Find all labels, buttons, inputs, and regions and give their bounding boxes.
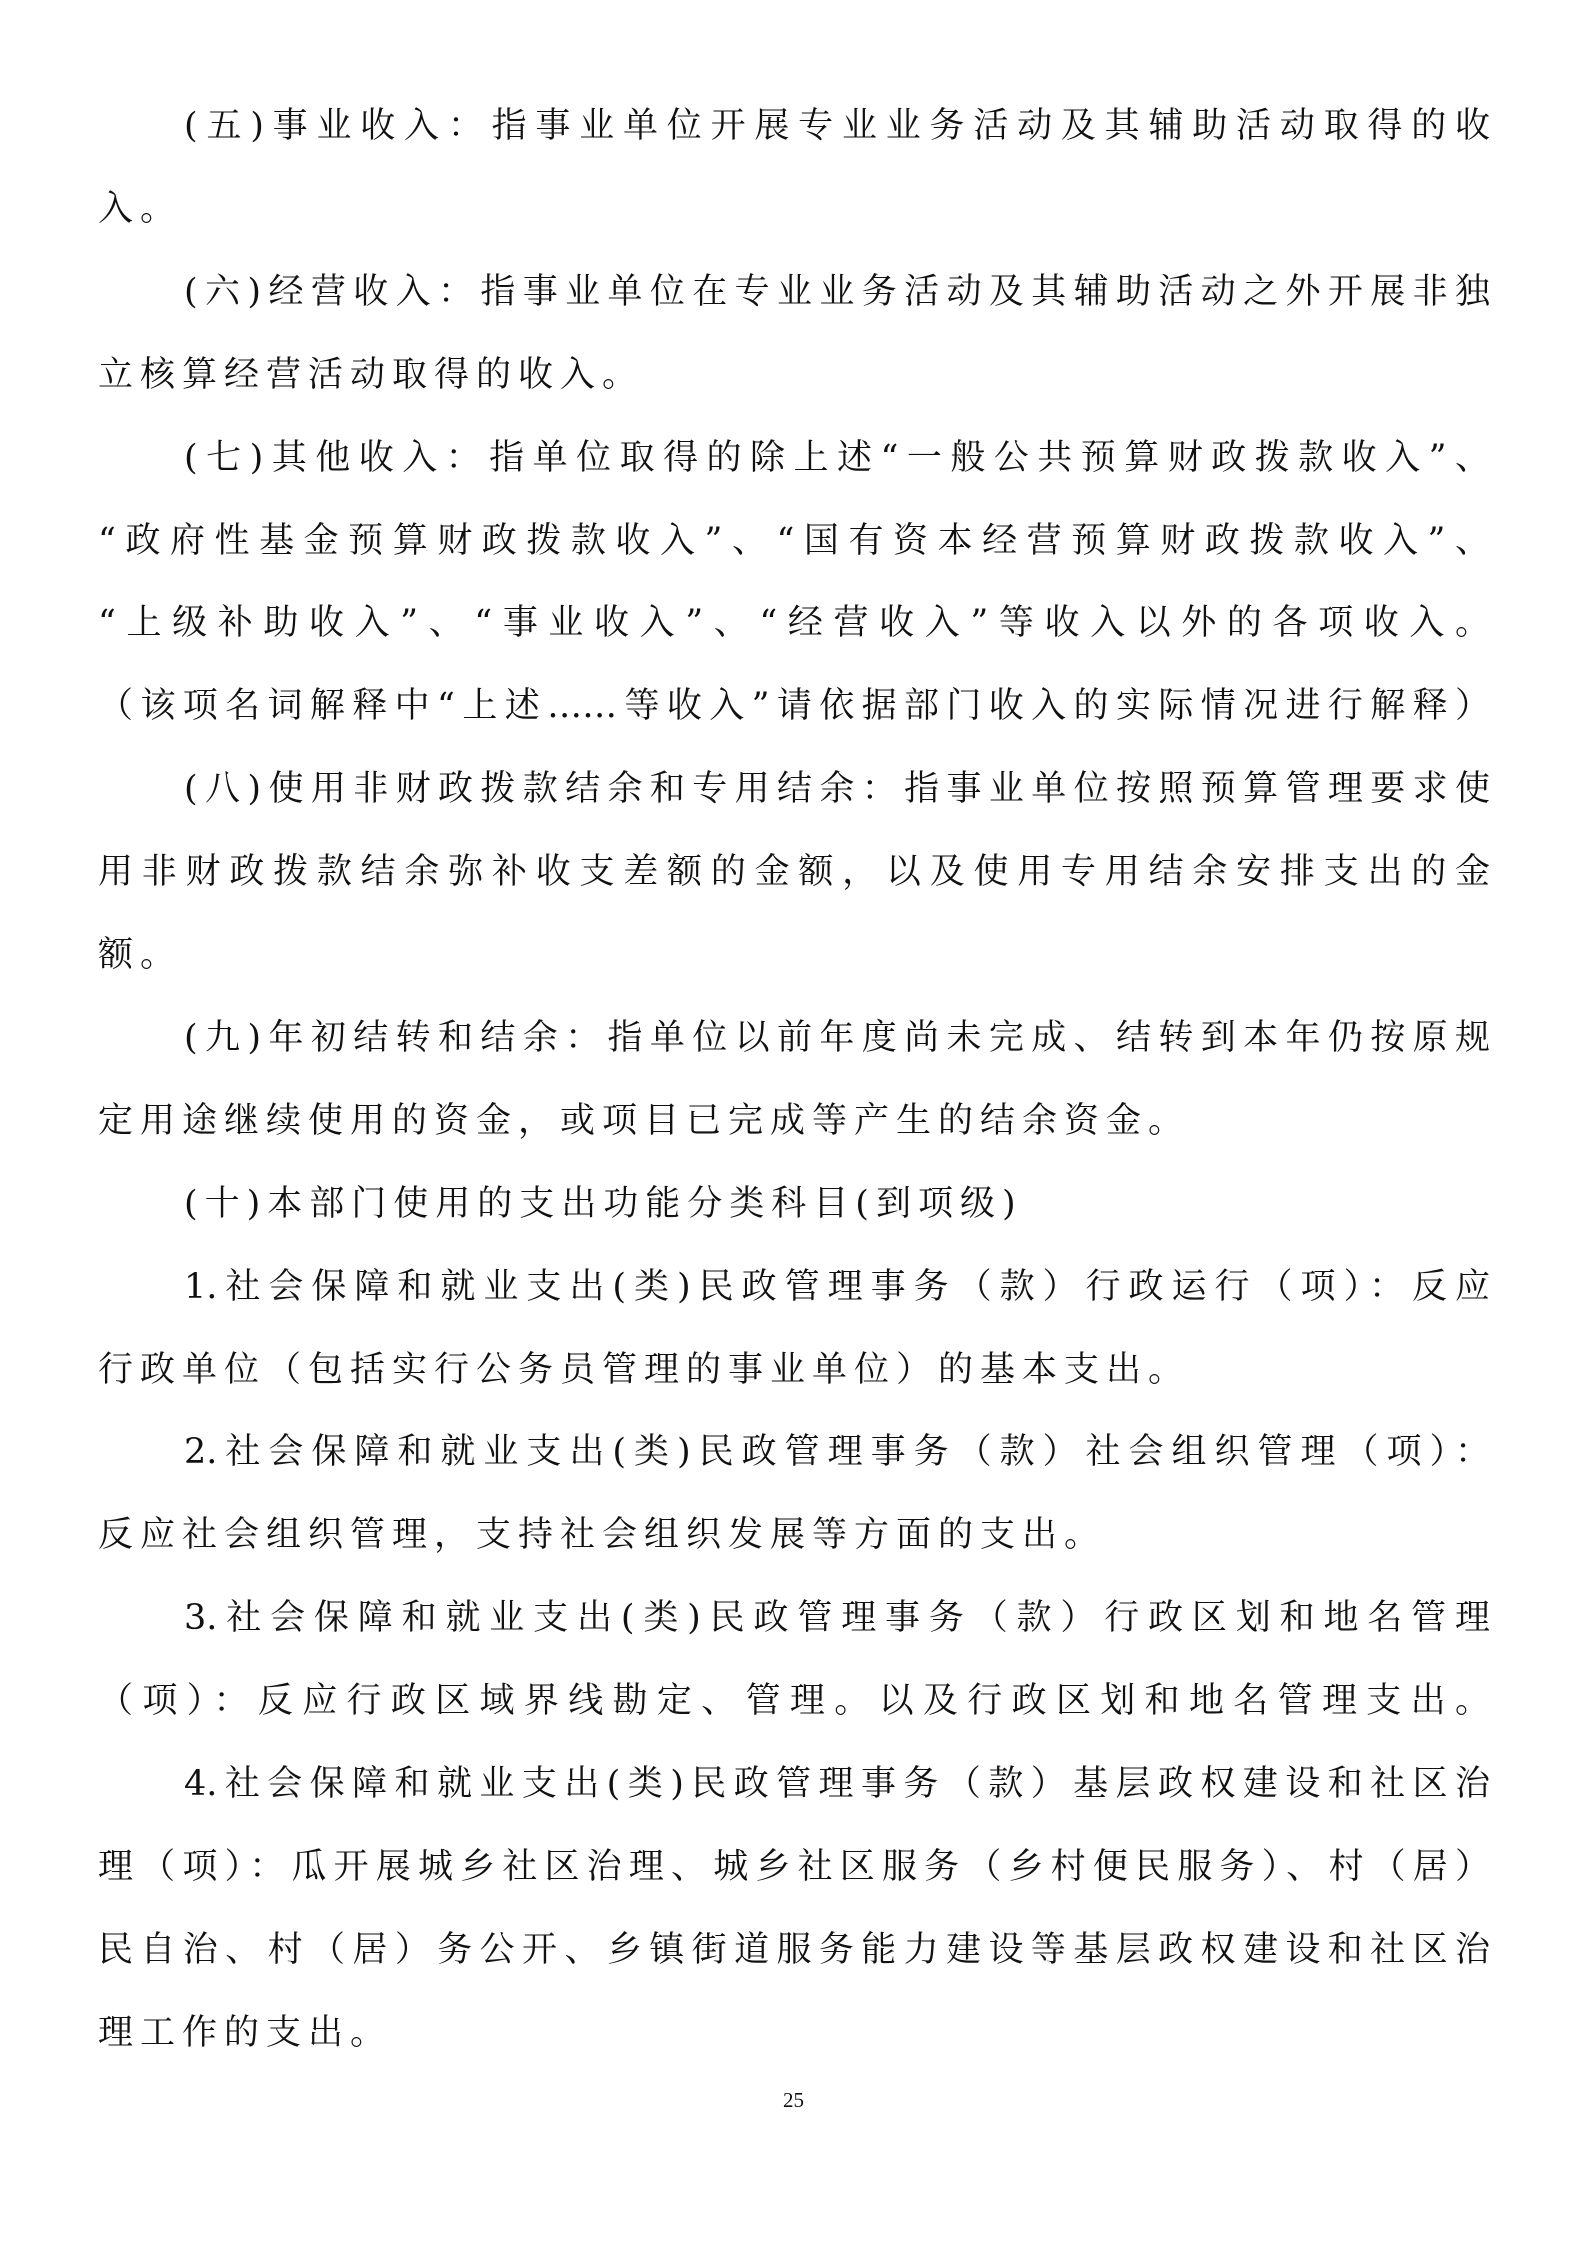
- page-number: 25: [0, 2086, 1587, 2114]
- text-line: 立核算经营活动取得的收入。: [98, 350, 1490, 400]
- text-line: 2.社会保障和就业支出(类)民政管理事务（款）社会组织管理（项）：: [98, 1427, 1490, 1477]
- text-line: （项）：反应行政区域界线勘定、管理。以及行政区划和地名管理支出。: [98, 1676, 1490, 1726]
- text-line: 民自治、村（居）务公开、乡镇街道服务能力建设等基层政权建设和社区治: [98, 1925, 1490, 1975]
- text-line: (五)事业收入：指事业单位开展专业业务活动及其辅助活动取得的收: [98, 101, 1490, 151]
- text-line: (六)经营收入：指事业单位在专业业务活动及其辅助活动之外开展非独: [98, 267, 1490, 317]
- text-line: 行政单位（包括实行公务员管理的事业单位）的基本支出。: [98, 1345, 1490, 1395]
- text-line: “上级补助收入”、“事业收入”、“经营收入”等收入以外的各项收入。: [98, 598, 1490, 648]
- text-line: 入。: [98, 184, 1490, 234]
- text-line: (十)本部门使用的支出功能分类科目(到项级): [98, 1179, 1490, 1229]
- text-line: (八)使用非财政拨款结余和专用结余：指事业单位按照预算管理要求使: [98, 764, 1490, 814]
- text-line: （该项名词解释中“上述……等收入”请依据部门收入的实际情况进行解释）: [98, 681, 1490, 731]
- text-line: 4.社会保障和就业支出(类)民政管理事务（款）基层政权建设和社区治: [98, 1759, 1490, 1809]
- text-line: 3.社会保障和就业支出(类)民政管理事务（款）行政区划和地名管理: [98, 1593, 1490, 1643]
- text-line: 用非财政拨款结余弥补收支差额的金额，以及使用专用结余安排支出的金: [98, 847, 1490, 897]
- text-line: (九)年初结转和结余：指单位以前年度尚未完成、结转到本年仍按原规: [98, 1013, 1490, 1063]
- text-line: 定用途继续使用的资金，或项目已完成等产生的结余资金。: [98, 1096, 1490, 1146]
- text-line: (七)其他收入：指单位取得的除上述“一般公共预算财政拨款收入”、: [98, 433, 1490, 483]
- text-line: 反应社会组织管理，支持社会组织发展等方面的支出。: [98, 1510, 1490, 1560]
- text-line: “政府性基金预算财政拨款收入”、“国有资本经营预算财政拨款收入”、: [98, 516, 1490, 566]
- text-line: 理（项）：瓜开展城乡社区治理、城乡社区服务（乡村便民服务）、村（居）: [98, 1842, 1490, 1892]
- text-line: 额。: [98, 930, 1490, 980]
- text-line: 理工作的支出。: [98, 2008, 1490, 2058]
- text-line: 1.社会保障和就业支出(类)民政管理事务（款）行政运行（项）：反应: [98, 1262, 1490, 1312]
- document-page: (五)事业收入：指事业单位开展专业业务活动及其辅助活动取得的收 入。 (六)经营…: [0, 0, 1587, 2245]
